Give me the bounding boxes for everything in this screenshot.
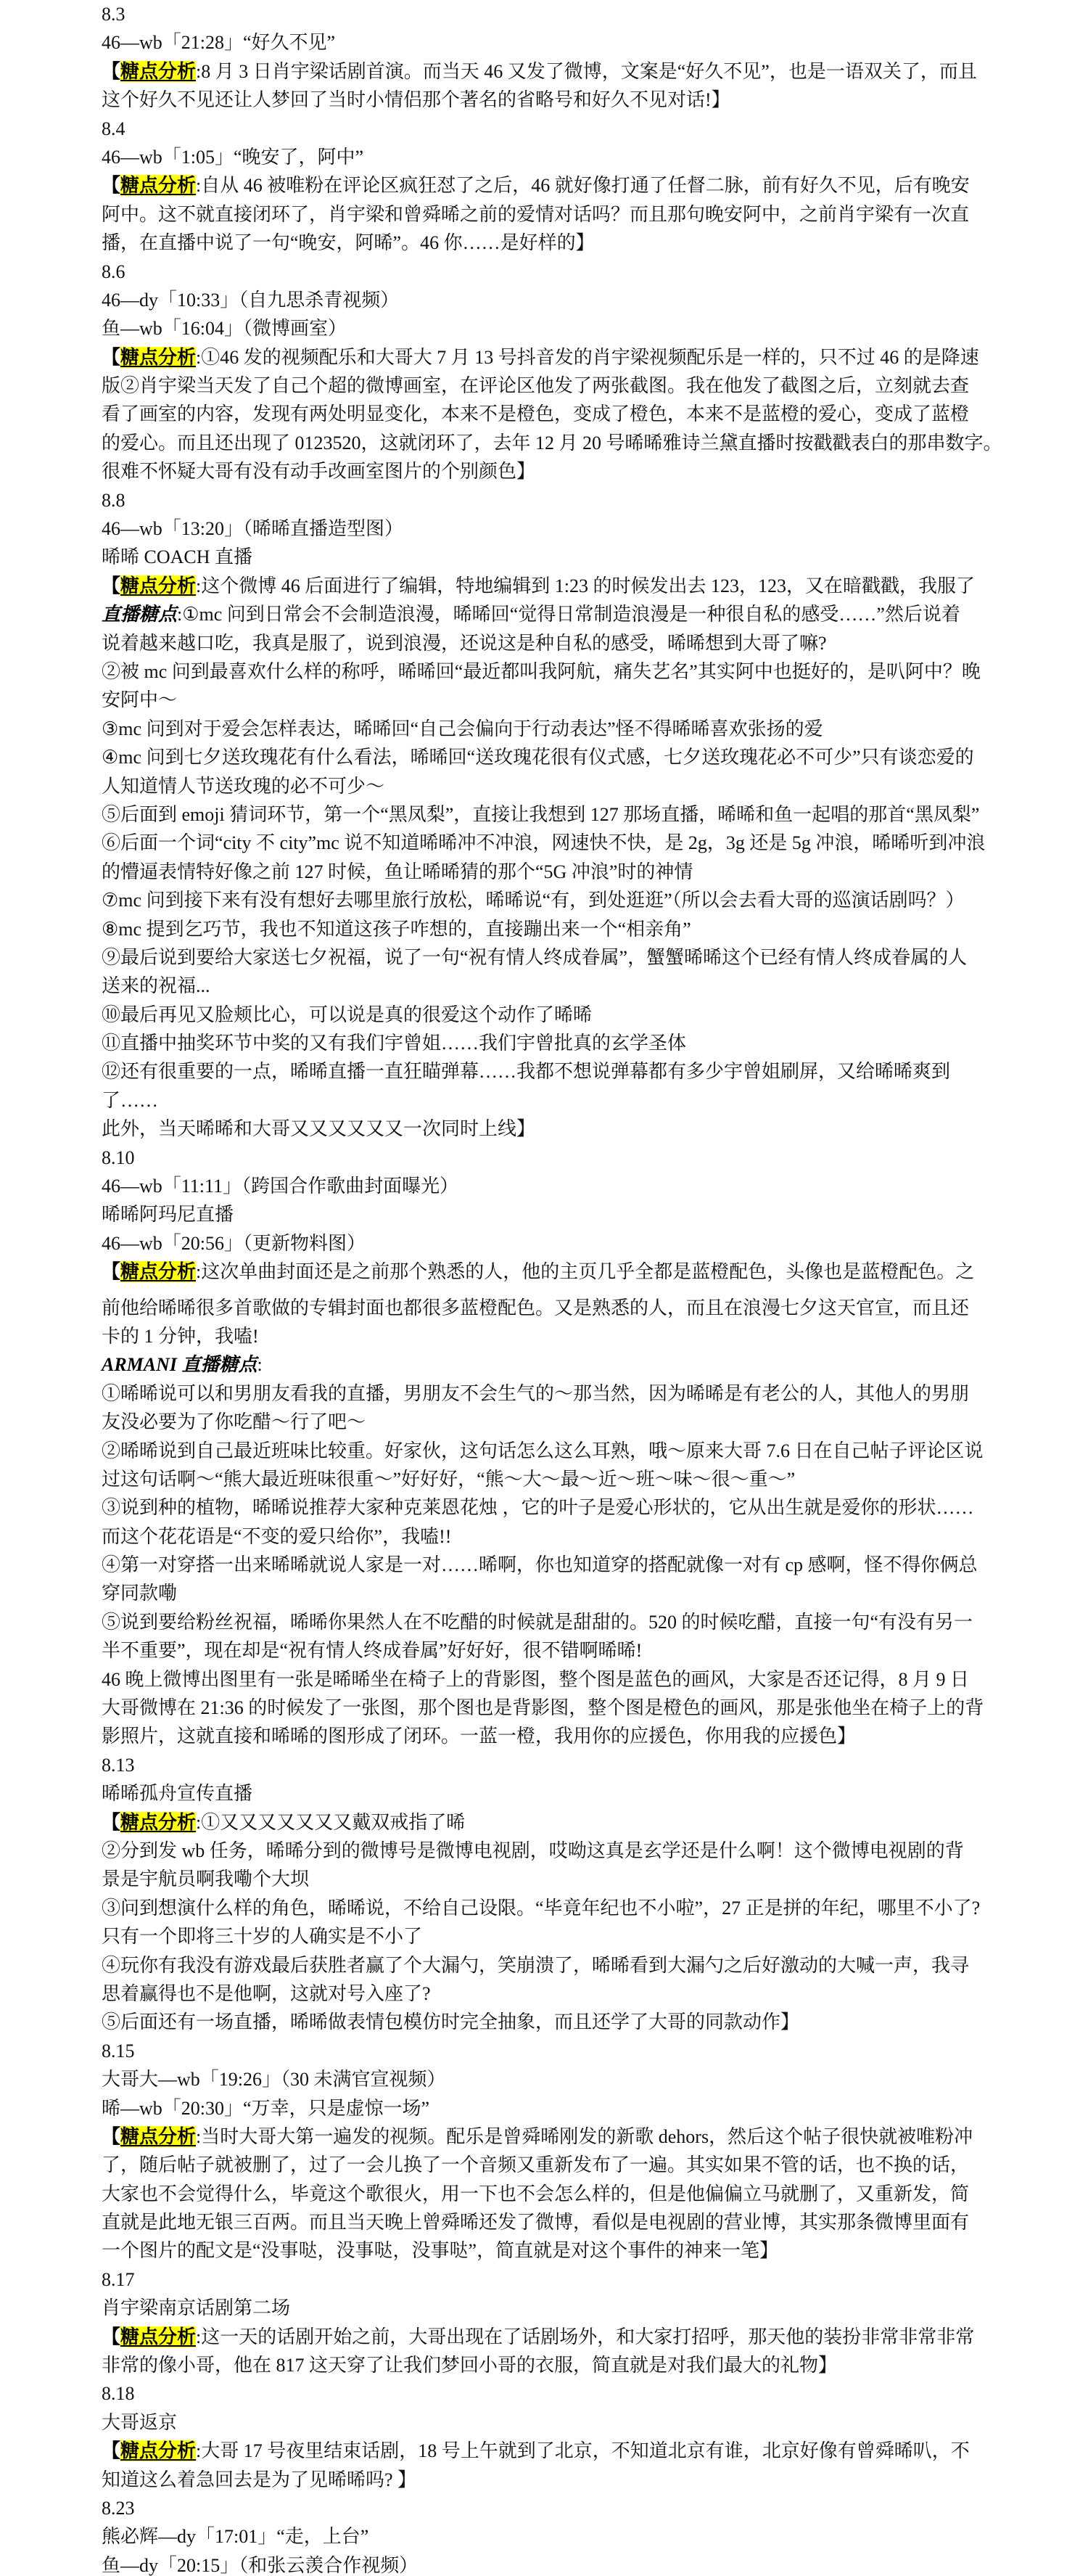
open-bracket: 【 <box>102 1261 120 1282</box>
analysis-line: 的爱心。而且还出现了 0123520，这就闭环了，去年 12 月 20 号晞晞雅… <box>102 429 1088 457</box>
live-highlights-text: :①mc 问到日常会不会制造浪漫，晞晞回“觉得日常制造浪漫是一种很自私的感受……… <box>177 604 960 625</box>
analysis-label: 糖点分析 <box>120 1812 196 1833</box>
analysis-text: :①又又又又又又又戴双戒指了晞 <box>196 1812 465 1833</box>
date-heading: 8.17 <box>102 2265 1088 2294</box>
event-line: 晞晞孤舟宣传直播 <box>102 1779 1088 1808</box>
live-highlights-line: ⑨最后说到要给大家送七夕祝福，说了一句“祝有情人终成眷属”，蟹蟹晞晞这个已经有情… <box>102 943 1088 972</box>
open-bracket: 【 <box>102 2126 120 2147</box>
analysis-line: 【糖点分析:大哥 17 号夜里结束话剧，18 号上午就到了北京，不知道北京有谁，… <box>102 2437 1088 2465</box>
analysis-line: 【糖点分析:8 月 3 日肖宇梁话剧首演。而当天 46 又发了微博，文案是“好久… <box>102 57 1088 86</box>
entry-8-17: 8.17 肖宇梁南京话剧第二场 【糖点分析:这一天的话剧开始之前，大哥出现在了话… <box>102 2265 1088 2380</box>
entry-8-13: 8.13 晞晞孤舟宣传直播 【糖点分析:①又又又又又又又戴双戒指了晞 ②分到发 … <box>102 1751 1088 2037</box>
analysis-label: 糖点分析 <box>120 2126 196 2147</box>
analysis-label: 糖点分析 <box>120 2440 196 2461</box>
analysis-line: 只有一个即将三十岁的人确实是不小了 <box>102 1922 1088 1951</box>
live-highlights-line: 安阿中～ <box>102 686 1088 714</box>
date-heading: 8.15 <box>102 2037 1088 2065</box>
open-bracket: 【 <box>102 2440 120 2461</box>
open-bracket: 【 <box>102 575 120 596</box>
analysis-line: 了，随后帖子就被删了，过了一会儿换了一个音频又重新发布了一遍。其实如果不管的话，… <box>102 2151 1088 2179</box>
live-highlights-label: ARMANI 直播糖点 <box>102 1354 257 1375</box>
live-highlights-line: ⑤说到要给粉丝祝福，晞晞你果然人在不吃醋的时候就是甜甜的。520 的时候吃醋，直… <box>102 1608 1088 1636</box>
analysis-label: 糖点分析 <box>120 175 196 196</box>
live-highlights-line: ③mc 问到对于爱会怎样表达，晞晞回“自己会偏向于行动表达”怪不得晞晞喜欢张扬的… <box>102 715 1088 743</box>
analysis-label: 糖点分析 <box>120 2326 196 2347</box>
live-highlights-line: ②晞晞说到自己最近班味比较重。好家伙，这句话怎么这么耳熟，哦～原来大哥 7.6 … <box>102 1437 1088 1465</box>
entry-8-3: 8.3 46—wb「21:28」“好久不见” 【糖点分析:8 月 3 日肖宇梁话… <box>102 0 1088 115</box>
analysis-label: 糖点分析 <box>120 347 196 368</box>
analysis-line: 【糖点分析:这次单曲封面还是之前那个熟悉的人，他的主页几乎全都是蓝橙配色，头像也… <box>102 1258 1088 1286</box>
live-highlights-line: 半不重要”，现在却是“祝有情人终成眷属”好好好，很不错啊晞晞! <box>102 1636 1088 1665</box>
post-line: 鱼—wb「16:04」（微博画室） <box>102 314 1088 342</box>
analysis-line: 【糖点分析:自从 46 被唯粉在评论区疯狂怼了之后，46 就好像打通了任督二脉，… <box>102 171 1088 200</box>
analysis-line: 一个图片的配文是“没事哒，没事哒，没事哒”，简直就是对这个事件的神来一笔】 <box>102 2236 1088 2265</box>
date-heading: 8.23 <box>102 2494 1088 2522</box>
analysis-line: 景是宇航员啊我嘞个大坝 <box>102 1865 1088 1893</box>
date-heading: 8.18 <box>102 2379 1088 2408</box>
live-highlights-line: ②被 mc 问到最喜欢什么样的称呼，晞晞回“最近都叫我阿航，痛失艺名”其实阿中也… <box>102 657 1088 686</box>
live-highlights-line: ⑦mc 问到接下来有没有想好去哪里旅行放松，晞晞说“有，到处逛逛”（所以会去看大… <box>102 886 1088 914</box>
open-bracket: 【 <box>102 175 120 196</box>
analysis-line: 这个好久不见还让人梦回了当时小情侣那个著名的省略号和好久不见对话!】 <box>102 86 1088 114</box>
live-highlights-line: ④mc 问到七夕送玫瑰花有什么看法，晞晞回“送玫瑰花很有仪式感，七夕送玫瑰花必不… <box>102 743 1088 771</box>
analysis-text: :当时大哥大第一遍发的视频。配乐是曾舜晞刚发的新歌 dehors，然后这个帖子很… <box>196 2126 973 2147</box>
analysis-line: 【糖点分析:这一天的话剧开始之前，大哥出现在了话剧场外，和大家打招呼，那天他的装… <box>102 2323 1088 2351</box>
post-line: 46—dy「10:33」（自九思杀青视频） <box>102 286 1088 314</box>
analysis-line: 很难不怀疑大哥有没有动手改画室图片的个别颜色】 <box>102 457 1088 485</box>
event-line: 大哥返京 <box>102 2408 1088 2437</box>
live-highlights-line: ⑧mc 提到乞巧节，我也不知道这孩子咋想的，直接蹦出来一个“相亲角” <box>102 915 1088 943</box>
analysis-text: :大哥 17 号夜里结束话剧，18 号上午就到了北京，不知道北京有谁，北京好像有… <box>196 2440 970 2461</box>
live-highlights-label: 直播糖点 <box>102 604 177 625</box>
live-highlights-line: ⑥后面一个词“city 不 city”mc 说不知道晞晞冲不冲浪，网速快不快，是… <box>102 829 1088 857</box>
live-highlights-line: 46 晚上微博出图里有一张是晞晞坐在椅子上的背影图，整个图是蓝色的画风，大家是否… <box>102 1665 1088 1694</box>
analysis-line: 前他给晞晞很多首歌做的专辑封面也都很多蓝橙配色。又是熟悉的人，而且在浪漫七夕这天… <box>102 1294 1088 1322</box>
live-highlights-line: ⑪直播中抽奖环节中奖的又有我们宇曾姐……我们宇曾批真的玄学圣体 <box>102 1029 1088 1057</box>
analysis-line: 【糖点分析:当时大哥大第一遍发的视频。配乐是曾舜晞刚发的新歌 dehors，然后… <box>102 2122 1088 2151</box>
analysis-line: 【糖点分析:①又又又又又又又戴双戒指了晞 <box>102 1808 1088 1837</box>
live-highlights-text: : <box>257 1354 263 1375</box>
open-bracket: 【 <box>102 61 120 82</box>
analysis-line: 思着赢得也不是他啊，这就对号入座了? <box>102 1980 1088 2008</box>
post-line: 46—wb「21:28」“好久不见” <box>102 28 1088 57</box>
analysis-text: :这一天的话剧开始之前，大哥出现在了话剧场外，和大家打招呼，那天他的装扮非常非常… <box>196 2326 974 2347</box>
live-highlights-line: 而这个花花语是“不变的爱只给你”，我嗑!! <box>102 1522 1088 1551</box>
entry-8-18: 8.18 大哥返京 【糖点分析:大哥 17 号夜里结束话剧，18 号上午就到了北… <box>102 2379 1088 2494</box>
post-line: 46—wb「20:56」（更新物料图） <box>102 1229 1088 1258</box>
live-highlights-line: 此外，当天晞晞和大哥又又又又又又一次同时上线】 <box>102 1115 1088 1143</box>
analysis-text: :这个微博 46 后面进行了编辑，特地编辑到 1:23 的时候发出去 123，1… <box>196 575 975 596</box>
live-highlights-line: 的懵逼表情特好像之前 127 时候，鱼让晞晞猜的那个“5G 冲浪”时的神情 <box>102 858 1088 886</box>
live-highlights-line: 送来的祝福... <box>102 972 1088 1000</box>
analysis-line: ③问到想演什么样的角色，晞晞说，不给自己设限。“毕竟年纪也不小啦”，27 正是拼… <box>102 1894 1088 1922</box>
analysis-text: :这次单曲封面还是之前那个熟悉的人，他的主页几乎全都是蓝橙配色，头像也是蓝橙配色… <box>196 1261 974 1282</box>
live-highlights-line: 影照片，这就直接和晞晞的图形成了闭环。一蓝一橙，我用你的应援色，你用我的应援色】 <box>102 1722 1088 1750</box>
live-highlights-line: ⑫还有很重要的一点，晞晞直播一直狂瞄弹幕……我都不想说弹幕都有多少宇曾姐刷屏，又… <box>102 1057 1088 1086</box>
entry-8-10: 8.10 46—wb「11:11」（跨国合作歌曲封面曝光） 晞晞阿玛尼直播 46… <box>102 1144 1088 1751</box>
post-line: 大哥大—wb「19:26」（30 未满官宣视频） <box>102 2065 1088 2093</box>
open-bracket: 【 <box>102 2326 120 2347</box>
analysis-line: 直就是此地无银三百两。而且当天晚上曾舜晞还发了微博，看似是电视剧的营业博，其实那… <box>102 2208 1088 2236</box>
live-highlights-line: ①晞晞说可以和男朋友看我的直播，男朋友不会生气的～那当然，因为晞晞是有老公的人，… <box>102 1379 1088 1408</box>
date-heading: 8.3 <box>102 0 1088 28</box>
analysis-text: :自从 46 被唯粉在评论区疯狂怼了之后，46 就好像打通了任督二脉，前有好久不… <box>196 175 970 196</box>
live-highlights-heading: ARMANI 直播糖点: <box>102 1350 1088 1379</box>
entry-8-23: 8.23 熊必辉—dy「17:01」“走，上台” 鱼—dy「20:15」（和张云… <box>102 2494 1088 2576</box>
date-heading: 8.13 <box>102 1751 1088 1779</box>
analysis-line: 【糖点分析:这个微博 46 后面进行了编辑，特地编辑到 1:23 的时候发出去 … <box>102 572 1088 600</box>
post-line: 46—wb「1:05」“晚安了，阿中” <box>102 143 1088 171</box>
analysis-label: 糖点分析 <box>120 61 196 82</box>
live-highlights-line: 直播糖点:①mc 问到日常会不会制造浪漫，晞晞回“觉得日常制造浪漫是一种很自私的… <box>102 600 1088 628</box>
live-highlights-line: ⑤后面到 emoji 猜词环节，第一个“黑凤梨”，直接让我想到 127 那场直播… <box>102 800 1088 829</box>
date-heading: 8.4 <box>102 115 1088 143</box>
live-highlights-line: ③说到种的植物，晞晞说推荐大家种克莱恩花烛 ，它的叶子是爱心形状的，它从出生就是… <box>102 1493 1088 1522</box>
post-line: 46—wb「13:20」（晞晞直播造型图） <box>102 514 1088 543</box>
analysis-text: :①46 发的视频配乐和大哥大 7 月 13 号抖音发的肖宇梁视频配乐是一样的，… <box>196 347 979 368</box>
analysis-line: 看了画室的内容，发现有两处明显变化，本来不是橙色，变成了橙色，本来不是蓝橙的爱心… <box>102 400 1088 428</box>
live-highlights-line: 穿同款嘞 <box>102 1579 1088 1607</box>
live-highlights-line: 了…… <box>102 1086 1088 1115</box>
analysis-line: ④玩你有我没有游戏最后获胜者赢了个大漏勺，笑崩溃了，晞晞看到大漏勺之后好激动的大… <box>102 1951 1088 1980</box>
event-line: 晞晞 COACH 直播 <box>102 543 1088 571</box>
date-heading: 8.8 <box>102 486 1088 514</box>
event-line: 晞晞阿玛尼直播 <box>102 1200 1088 1228</box>
analysis-line: 阿中。这不就直接闭环了，肖宇梁和曾舜晞之前的爱情对话吗？而且那句晚安阿中，之前肖… <box>102 200 1088 229</box>
analysis-line: 知道这么着急回去是为了见晞晞吗? 】 <box>102 2466 1088 2494</box>
analysis-line: ②分到发 wb 任务，晞晞分到的微博号是微博电视剧，哎呦这真是玄学还是什么啊！这… <box>102 1837 1088 1865</box>
live-highlights-line: 人知道情人节送玫瑰的必不可少～ <box>102 772 1088 800</box>
analysis-line: ⑤后面还有一场直播，晞晞做表情包模仿时完全抽象，而且还学了大哥的同款动作】 <box>102 2008 1088 2036</box>
entry-8-8: 8.8 46—wb「13:20」（晞晞直播造型图） 晞晞 COACH 直播 【糖… <box>102 486 1088 1144</box>
analysis-line: 卡的 1 分钟，我嗑! <box>102 1322 1088 1350</box>
analysis-line: 非常的像小哥，他在 817 这天穿了让我们梦回小哥的衣服，简直就是对我们最大的礼… <box>102 2351 1088 2379</box>
date-heading: 8.10 <box>102 1144 1088 1172</box>
analysis-line: 大家也不会觉得什么，毕竟这个歌很火，用一下也不会怎么样的，但是他偏偏立马就删了，… <box>102 2180 1088 2208</box>
open-bracket: 【 <box>102 1812 120 1833</box>
live-highlights-line: ⑩最后再见又脸颊比心，可以说是真的很爱这个动作了晞晞 <box>102 1001 1088 1029</box>
open-bracket: 【 <box>102 347 120 368</box>
entry-8-15: 8.15 大哥大—wb「19:26」（30 未满官宣视频） 晞—wb「20:30… <box>102 2037 1088 2265</box>
document-page: 8.3 46—wb「21:28」“好久不见” 【糖点分析:8 月 3 日肖宇梁话… <box>0 0 1088 2576</box>
live-highlights-line: 友没必要为了你吃醋～行了吧～ <box>102 1408 1088 1436</box>
analysis-label: 糖点分析 <box>120 1261 196 1282</box>
live-highlights-line: ④第一对穿搭一出来晞晞就说人家是一对……晞啊，你也知道穿的搭配就像一对有 cp … <box>102 1551 1088 1579</box>
date-heading: 8.6 <box>102 258 1088 286</box>
live-highlights-line: 说着越来越口吃，我真是服了，说到浪漫，还说这是种自私的感受，晞晞想到大哥了嘛? <box>102 629 1088 657</box>
analysis-line: 播，在直播中说了一句“晚安，阿晞”。46 你……是好样的】 <box>102 229 1088 257</box>
entry-8-6: 8.6 46—dy「10:33」（自九思杀青视频） 鱼—wb「16:04」（微博… <box>102 258 1088 486</box>
entry-8-4: 8.4 46—wb「1:05」“晚安了，阿中” 【糖点分析:自从 46 被唯粉在… <box>102 115 1088 258</box>
post-line: 鱼—dy「20:15」（和张云羡合作视频） <box>102 2551 1088 2576</box>
post-line: 晞—wb「20:30」“万幸，只是虚惊一场” <box>102 2094 1088 2122</box>
post-line: 46—wb「11:11」（跨国合作歌曲封面曝光） <box>102 1172 1088 1200</box>
analysis-line: 【糖点分析:①46 发的视频配乐和大哥大 7 月 13 号抖音发的肖宇梁视频配乐… <box>102 343 1088 372</box>
post-line: 熊必辉—dy「17:01」“走，上台” <box>102 2522 1088 2551</box>
live-highlights-line: 大哥微博在 21:36 的时候发了一张图，那个图也是背影图，整个图是橙色的画风，… <box>102 1694 1088 1722</box>
analysis-label: 糖点分析 <box>120 575 196 596</box>
analysis-text: :8 月 3 日肖宇梁话剧首演。而当天 46 又发了微博，文案是“好久不见”，也… <box>196 61 977 82</box>
live-highlights-line: 过这句话啊～“熊大最近班味很重～”好好好，“熊～大～最～近～班～味～很～重～” <box>102 1465 1088 1493</box>
analysis-line: 版②肖宇梁当天发了自己个超的微博画室，在评论区他发了两张截图。我在他发了截图之后… <box>102 372 1088 400</box>
event-line: 肖宇梁南京话剧第二场 <box>102 2294 1088 2322</box>
